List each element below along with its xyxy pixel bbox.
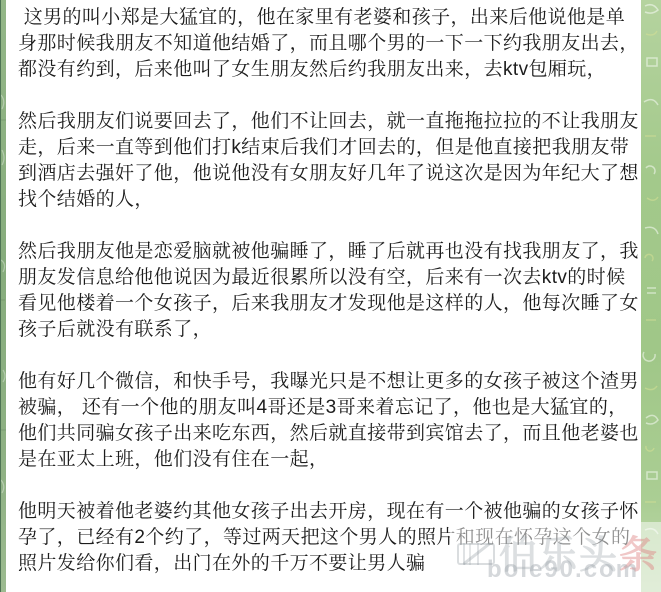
paragraph-3: 然后我朋友他是恋爱脑就被他骗睡了，睡了后就再也没有找我朋友了，我朋友发信息给他他… xyxy=(18,239,640,343)
wallpaper-doodles-right-icon xyxy=(641,0,661,592)
wallpaper-strip-right xyxy=(641,0,661,592)
paragraph-4: 他有好几个微信，和快手号，我曝光只是不想让更多的女孩子被这个渣男被骗， 还有一个… xyxy=(18,369,640,473)
paragraph-1: 这男的叫小郑是大猛宜的，他在家里有老婆和孩子，出来后他说他是单身那时候我朋友不知… xyxy=(18,5,640,83)
post-text: 这男的叫小郑是大猛宜的，他在家里有老婆和孩子，出来后他说他是单身那时候我朋友不知… xyxy=(6,0,641,592)
paragraph-2: 然后我朋友们说要回去了，他们不让回去，就一直拖拖拉拉的不让我朋友走，后来一直等到… xyxy=(18,109,640,213)
watermark-domain-text: bole90.com xyxy=(487,556,639,584)
